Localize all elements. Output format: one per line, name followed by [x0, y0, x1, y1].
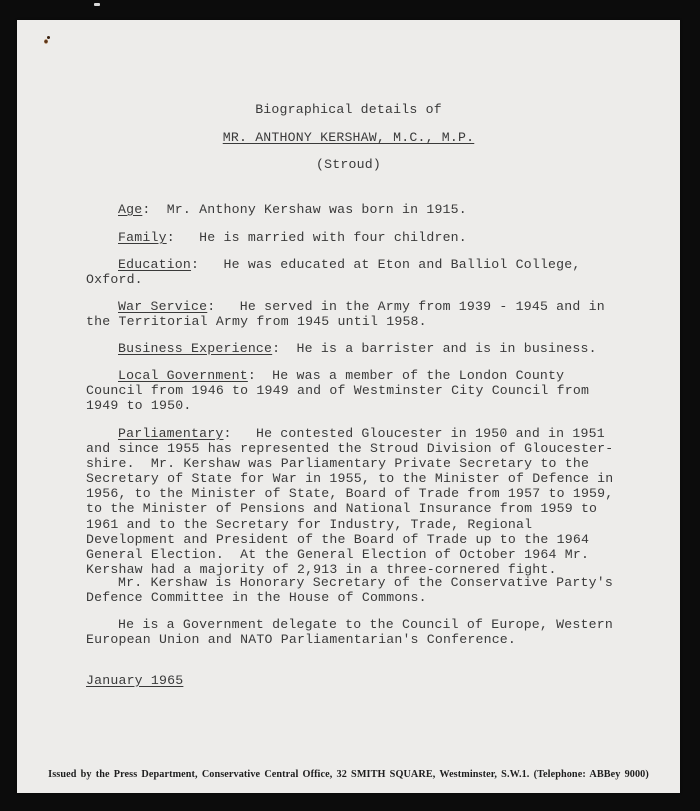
paragraph-text: He is a Government delegate to the Counc…	[86, 617, 621, 647]
section-text: Mr. Anthony Kershaw was born in 1915.	[167, 202, 467, 217]
section-parliamentary: Parliamentary: He contested Gloucester i…	[86, 426, 616, 577]
separator: :	[223, 426, 255, 441]
section-business-experience: Business Experience: He is a barrister a…	[86, 341, 616, 356]
paragraph-text: Mr. Kershaw is Honorary Secretary of the…	[86, 575, 621, 605]
separator: :	[207, 299, 239, 314]
document-title: Biographical details of	[17, 102, 680, 117]
section-text: He is a barrister and is in business.	[297, 341, 597, 356]
paper-blemish	[47, 36, 50, 39]
separator: :	[248, 368, 272, 383]
separator: :	[167, 230, 199, 245]
section-education: Education: He was educated at Eton and B…	[86, 257, 616, 287]
section-label: Education	[118, 257, 191, 272]
section-age: Age: Mr. Anthony Kershaw was born in 191…	[86, 202, 616, 217]
paragraph-honorary-secretary: Mr. Kershaw is Honorary Secretary of the…	[86, 575, 616, 605]
subject-name: MR. ANTHONY KERSHAW, M.C., M.P.	[17, 130, 680, 145]
separator: :	[142, 202, 166, 217]
section-family: Family: He is married with four children…	[86, 230, 616, 245]
section-label: War Service	[118, 299, 207, 314]
section-label: Age	[118, 202, 142, 217]
paragraph-government-delegate: He is a Government delegate to the Counc…	[86, 617, 616, 647]
paper-blemish	[44, 39, 48, 44]
section-local-government: Local Government: He was a member of the…	[86, 368, 616, 414]
section-label: Parliamentary	[118, 426, 223, 441]
section-label: Local Government	[118, 368, 248, 383]
document-date: January 1965	[86, 673, 183, 688]
section-war-service: War Service: He served in the Army from …	[86, 299, 616, 329]
section-text: He contested Gloucester in 1950 and in 1…	[86, 426, 622, 577]
separator: :	[272, 341, 296, 356]
scan-artifact	[94, 3, 100, 6]
section-label: Business Experience	[118, 341, 272, 356]
document-page: Biographical details of MR. ANTHONY KERS…	[17, 20, 680, 793]
section-label: Family	[118, 230, 167, 245]
constituency: (Stroud)	[17, 157, 680, 172]
subject-name-text: MR. ANTHONY KERSHAW, M.C., M.P.	[223, 130, 475, 145]
press-footer: Issued by the Press Department, Conserva…	[17, 769, 680, 780]
section-text: He is married with four children.	[199, 230, 467, 245]
separator: :	[191, 257, 223, 272]
